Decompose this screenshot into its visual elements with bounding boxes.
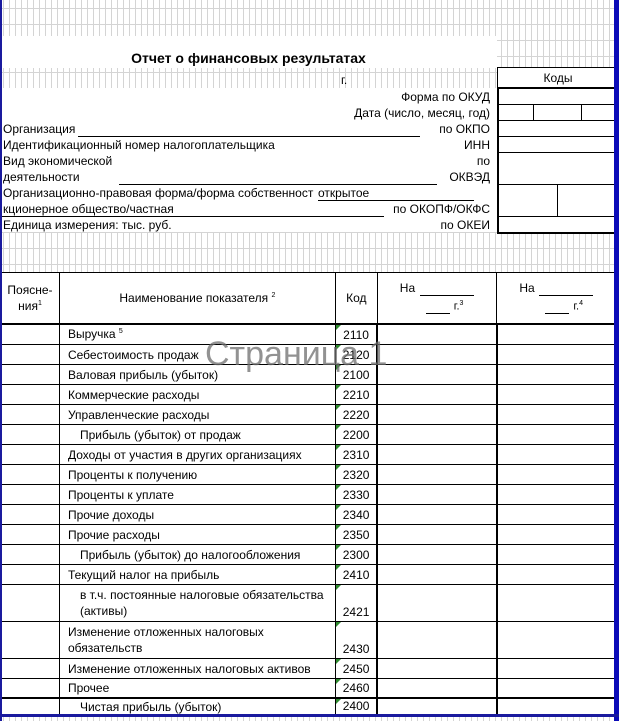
- indicator-code: 2320: [335, 465, 377, 485]
- period1-value-cell[interactable]: [377, 425, 497, 445]
- footnote-2: 2: [272, 292, 276, 299]
- period1-value-cell[interactable]: [377, 445, 497, 465]
- period1-value-cell[interactable]: [377, 545, 497, 565]
- notes-cell[interactable]: [1, 525, 60, 545]
- period2-value-cell[interactable]: [497, 485, 619, 505]
- indicator-name-text: Прочее: [68, 681, 109, 695]
- table-row: Изменение отложенных налоговых активов24…: [1, 659, 619, 679]
- header-period-2: На г.4: [497, 273, 619, 324]
- notes-cell[interactable]: [1, 659, 60, 679]
- indicator-code: 2340: [335, 505, 377, 525]
- table-row: Валовая прибыль (убыток)2100: [1, 365, 619, 385]
- indicator-name: Текущий налог на прибыль: [59, 565, 335, 585]
- period2-value-cell[interactable]: [497, 405, 619, 425]
- indicator-name: Себестоимость продаж: [59, 345, 335, 365]
- table-row: Проценты к получению2320: [1, 465, 619, 485]
- indicator-name-text: Управленческие расходы: [68, 408, 209, 422]
- codes-divider: [497, 120, 617, 121]
- indicator-name: Прибыль (убыток) от продаж: [59, 425, 335, 445]
- indicator-name-text: Себестоимость продаж: [68, 348, 199, 362]
- notes-cell[interactable]: [1, 585, 60, 622]
- indicator-code: 2210: [335, 385, 377, 405]
- indicator-name-text: Прочие расходы: [68, 528, 160, 542]
- legal-form-value[interactable]: открытое: [318, 185, 369, 201]
- indicator-name: Прочие доходы: [59, 505, 335, 525]
- codes-header: Коды: [497, 67, 618, 88]
- period2-value-cell[interactable]: [497, 425, 619, 445]
- indicator-name-text: Прибыль (убыток) от продаж: [80, 428, 241, 442]
- label-activity-2: деятельности: [3, 169, 80, 185]
- period2-value-cell[interactable]: [497, 659, 619, 679]
- notes-cell[interactable]: [1, 622, 60, 659]
- table-row: Проценты к уплате2330: [1, 485, 619, 505]
- indicator-name: Прочее: [59, 679, 335, 698]
- period1-value-cell[interactable]: [377, 679, 497, 698]
- period2-year-field[interactable]: [545, 313, 569, 314]
- page-title: Отчет о финансовых результатах: [0, 50, 497, 66]
- label-okpo: по ОКПО: [300, 121, 490, 137]
- codes-divider: [497, 104, 617, 105]
- period1-value-cell[interactable]: [377, 485, 497, 505]
- period1-date-field[interactable]: [420, 295, 474, 296]
- period1-value-cell[interactable]: [377, 585, 497, 622]
- indicator-code: 2200: [335, 425, 377, 445]
- period2-value-cell[interactable]: [497, 445, 619, 465]
- notes-cell[interactable]: [1, 505, 60, 525]
- period1-value-cell[interactable]: [377, 324, 497, 345]
- indicator-code: 2120: [335, 345, 377, 365]
- notes-cell[interactable]: [1, 565, 60, 585]
- window-border-left: [0, 0, 2, 721]
- table-row: Прибыль (убыток) от продаж2200: [1, 425, 619, 445]
- indicator-name: Выручка 5: [59, 324, 335, 345]
- window-border-bottom: [0, 714, 619, 717]
- notes-cell[interactable]: [1, 405, 60, 425]
- period1-value-cell[interactable]: [377, 345, 497, 365]
- table-row: Текущий налог на прибыль2410: [1, 565, 619, 585]
- period2-value-cell[interactable]: [497, 622, 619, 659]
- period1-value-cell[interactable]: [377, 405, 497, 425]
- period1-value-cell[interactable]: [377, 465, 497, 485]
- indicator-name: Управленческие расходы: [59, 405, 335, 425]
- header-notes: Поясне-ния1: [1, 273, 60, 324]
- indicator-code: 2410: [335, 565, 377, 585]
- financial-results-table: Поясне-ния1 Наименование показателя 2 Ко…: [0, 272, 619, 716]
- indicator-name-text: Прочие доходы: [68, 508, 154, 522]
- period2-value-cell[interactable]: [497, 324, 619, 345]
- label-okopf: по ОКОПФ/ОКФС: [300, 201, 490, 217]
- indicator-name-text: Прибыль (убыток) до налогообложения: [80, 548, 300, 562]
- indicator-code: 2450: [335, 659, 377, 679]
- indicator-code: 2220: [335, 405, 377, 425]
- table-row: Коммерческие расходы2210: [1, 385, 619, 405]
- period1-value-cell[interactable]: [377, 565, 497, 585]
- notes-cell[interactable]: [1, 385, 60, 405]
- codes-divider: [497, 136, 617, 137]
- indicator-code: 2460: [335, 679, 377, 698]
- codes-divider: [497, 216, 617, 217]
- label-inn: ИНН: [300, 137, 490, 153]
- label-unit: Единица измерения: тыс. руб.: [3, 217, 172, 233]
- period2-value-cell[interactable]: [497, 465, 619, 485]
- period2-value-cell[interactable]: [497, 545, 619, 565]
- indicator-name-text: Коммерческие расходы: [68, 388, 199, 402]
- header-code: Код: [335, 273, 377, 324]
- indicator-name: Коммерческие расходы: [59, 385, 335, 405]
- indicator-name-text: в т.ч. постоянные налоговые обязательств…: [80, 588, 324, 618]
- period1-value-cell[interactable]: [377, 365, 497, 385]
- table-row: Доходы от участия в других организациях2…: [1, 445, 619, 465]
- indicator-name: Изменение отложенных налоговых обязатель…: [59, 622, 335, 659]
- indicator-code: 2100: [335, 365, 377, 385]
- indicator-name: Чистая прибыль (убыток): [59, 698, 335, 716]
- period2-date-field[interactable]: [539, 295, 593, 296]
- indicator-name-text: Проценты к уплате: [68, 488, 174, 502]
- indicator-name-text: Чистая прибыль (убыток): [80, 700, 221, 714]
- period2-value-cell[interactable]: [497, 505, 619, 525]
- indicator-name: в т.ч. постоянные налоговые обязательств…: [59, 585, 335, 622]
- period2-value-cell[interactable]: [497, 365, 619, 385]
- notes-cell[interactable]: [1, 445, 60, 465]
- header-notes-label: Поясне-ния: [7, 283, 52, 313]
- indicator-code: 2350: [335, 525, 377, 545]
- table-row: Прочие доходы2340: [1, 505, 619, 525]
- codes-divider: [497, 152, 617, 153]
- header-name-label: Наименование показателя: [119, 291, 268, 305]
- table-row: Чистая прибыль (убыток)2400: [1, 698, 619, 716]
- notes-cell[interactable]: [1, 698, 60, 716]
- indicator-name-text: Текущий налог на прибыль: [68, 568, 219, 582]
- period2-value-cell[interactable]: [497, 679, 619, 698]
- period1-value-cell[interactable]: [377, 622, 497, 659]
- indicator-name: Прочие расходы: [59, 525, 335, 545]
- period1-year-field[interactable]: [426, 313, 450, 314]
- period1-value-cell[interactable]: [377, 659, 497, 679]
- label-organization: Организация: [3, 121, 75, 137]
- window-border-right: [614, 0, 619, 721]
- indicator-name-text: Доходы от участия в других организациях: [68, 448, 302, 462]
- indicator-code: 2400: [335, 698, 377, 716]
- label-okved-2: ОКВЭД: [300, 169, 490, 185]
- indicator-code: 2430: [335, 622, 377, 659]
- indicator-name-text: Изменение отложенных налоговых обязатель…: [68, 625, 264, 655]
- label-activity-1: Вид экономической: [3, 153, 112, 169]
- codes-divider: [557, 184, 558, 216]
- header-period-1: На г.3: [377, 273, 497, 324]
- indicator-code: 2110: [335, 324, 377, 345]
- notes-cell[interactable]: [1, 679, 60, 698]
- period2-value-cell[interactable]: [497, 565, 619, 585]
- indicator-name: Проценты к уплате: [59, 485, 335, 505]
- footnote-1: 1: [38, 300, 42, 307]
- indicator-name-text: Изменение отложенных налоговых активов: [68, 662, 311, 676]
- table-row: Изменение отложенных налоговых обязатель…: [1, 622, 619, 659]
- label-okud: Форма по ОКУД: [300, 89, 490, 105]
- label-legal-form-cont: кционерное общество/частная: [3, 201, 174, 217]
- indicator-name: Доходы от участия в других организациях: [59, 445, 335, 465]
- indicator-name: Прибыль (убыток) до налогообложения: [59, 545, 335, 565]
- indicator-name-text: Проценты к получению: [68, 468, 197, 482]
- notes-cell[interactable]: [1, 545, 60, 565]
- period2-value-cell[interactable]: [497, 698, 619, 716]
- period1-value-cell[interactable]: [377, 505, 497, 525]
- indicator-code: 2310: [335, 445, 377, 465]
- indicator-code: 2300: [335, 545, 377, 565]
- label-okved-1: по: [300, 153, 490, 169]
- table-row: Прочее2460: [1, 679, 619, 698]
- notes-cell[interactable]: [1, 425, 60, 445]
- footnote-5: 5: [119, 328, 123, 335]
- label-legal-form: Организационно-правовая форма/форма собс…: [3, 185, 318, 201]
- table-row: Выручка 52110: [1, 324, 619, 345]
- indicator-name-text: Выручка: [68, 327, 116, 341]
- year-suffix: г.: [341, 72, 347, 88]
- notes-cell[interactable]: [1, 365, 60, 385]
- period2-prefix: На: [519, 281, 534, 295]
- table-row: Управленческие расходы2220: [1, 405, 619, 425]
- period1-prefix: На: [400, 281, 415, 295]
- table-row: Себестоимость продаж2120: [1, 345, 619, 365]
- notes-cell[interactable]: [1, 485, 60, 505]
- period2-value-cell[interactable]: [497, 525, 619, 545]
- legal-form-field[interactable]: [318, 200, 474, 201]
- indicator-name: Валовая прибыль (убыток): [59, 365, 335, 385]
- notes-cell[interactable]: [1, 345, 60, 365]
- table-row: Прочие расходы2350: [1, 525, 619, 545]
- period1-value-cell[interactable]: [377, 385, 497, 405]
- period1-value-cell[interactable]: [377, 525, 497, 545]
- indicator-name: Проценты к получению: [59, 465, 335, 485]
- indicator-name: Изменение отложенных налоговых активов: [59, 659, 335, 679]
- table-row: в т.ч. постоянные налоговые обязательств…: [1, 585, 619, 622]
- codes-divider: [533, 104, 534, 120]
- period1-value-cell[interactable]: [377, 698, 497, 716]
- codes-box: [497, 87, 619, 234]
- indicator-code: 2330: [335, 485, 377, 505]
- period2-value-cell[interactable]: [497, 585, 619, 622]
- indicator-name-text: Валовая прибыль (убыток): [68, 368, 218, 382]
- table-row: Прибыль (убыток) до налогообложения2300: [1, 545, 619, 565]
- codes-divider: [581, 104, 582, 120]
- notes-cell[interactable]: [1, 465, 60, 485]
- indicator-code: 2421: [335, 585, 377, 622]
- period2-value-cell[interactable]: [497, 385, 619, 405]
- footnote-3: 3: [460, 300, 464, 307]
- header-name: Наименование показателя 2: [59, 273, 335, 324]
- notes-cell[interactable]: [1, 324, 60, 345]
- label-date: Дата (число, месяц, год): [300, 105, 490, 121]
- label-inn-full: Идентификационный номер налогоплательщик…: [3, 137, 275, 153]
- period2-value-cell[interactable]: [497, 345, 619, 365]
- label-okei: по ОКЕИ: [300, 217, 490, 233]
- footnote-4: 4: [579, 300, 583, 307]
